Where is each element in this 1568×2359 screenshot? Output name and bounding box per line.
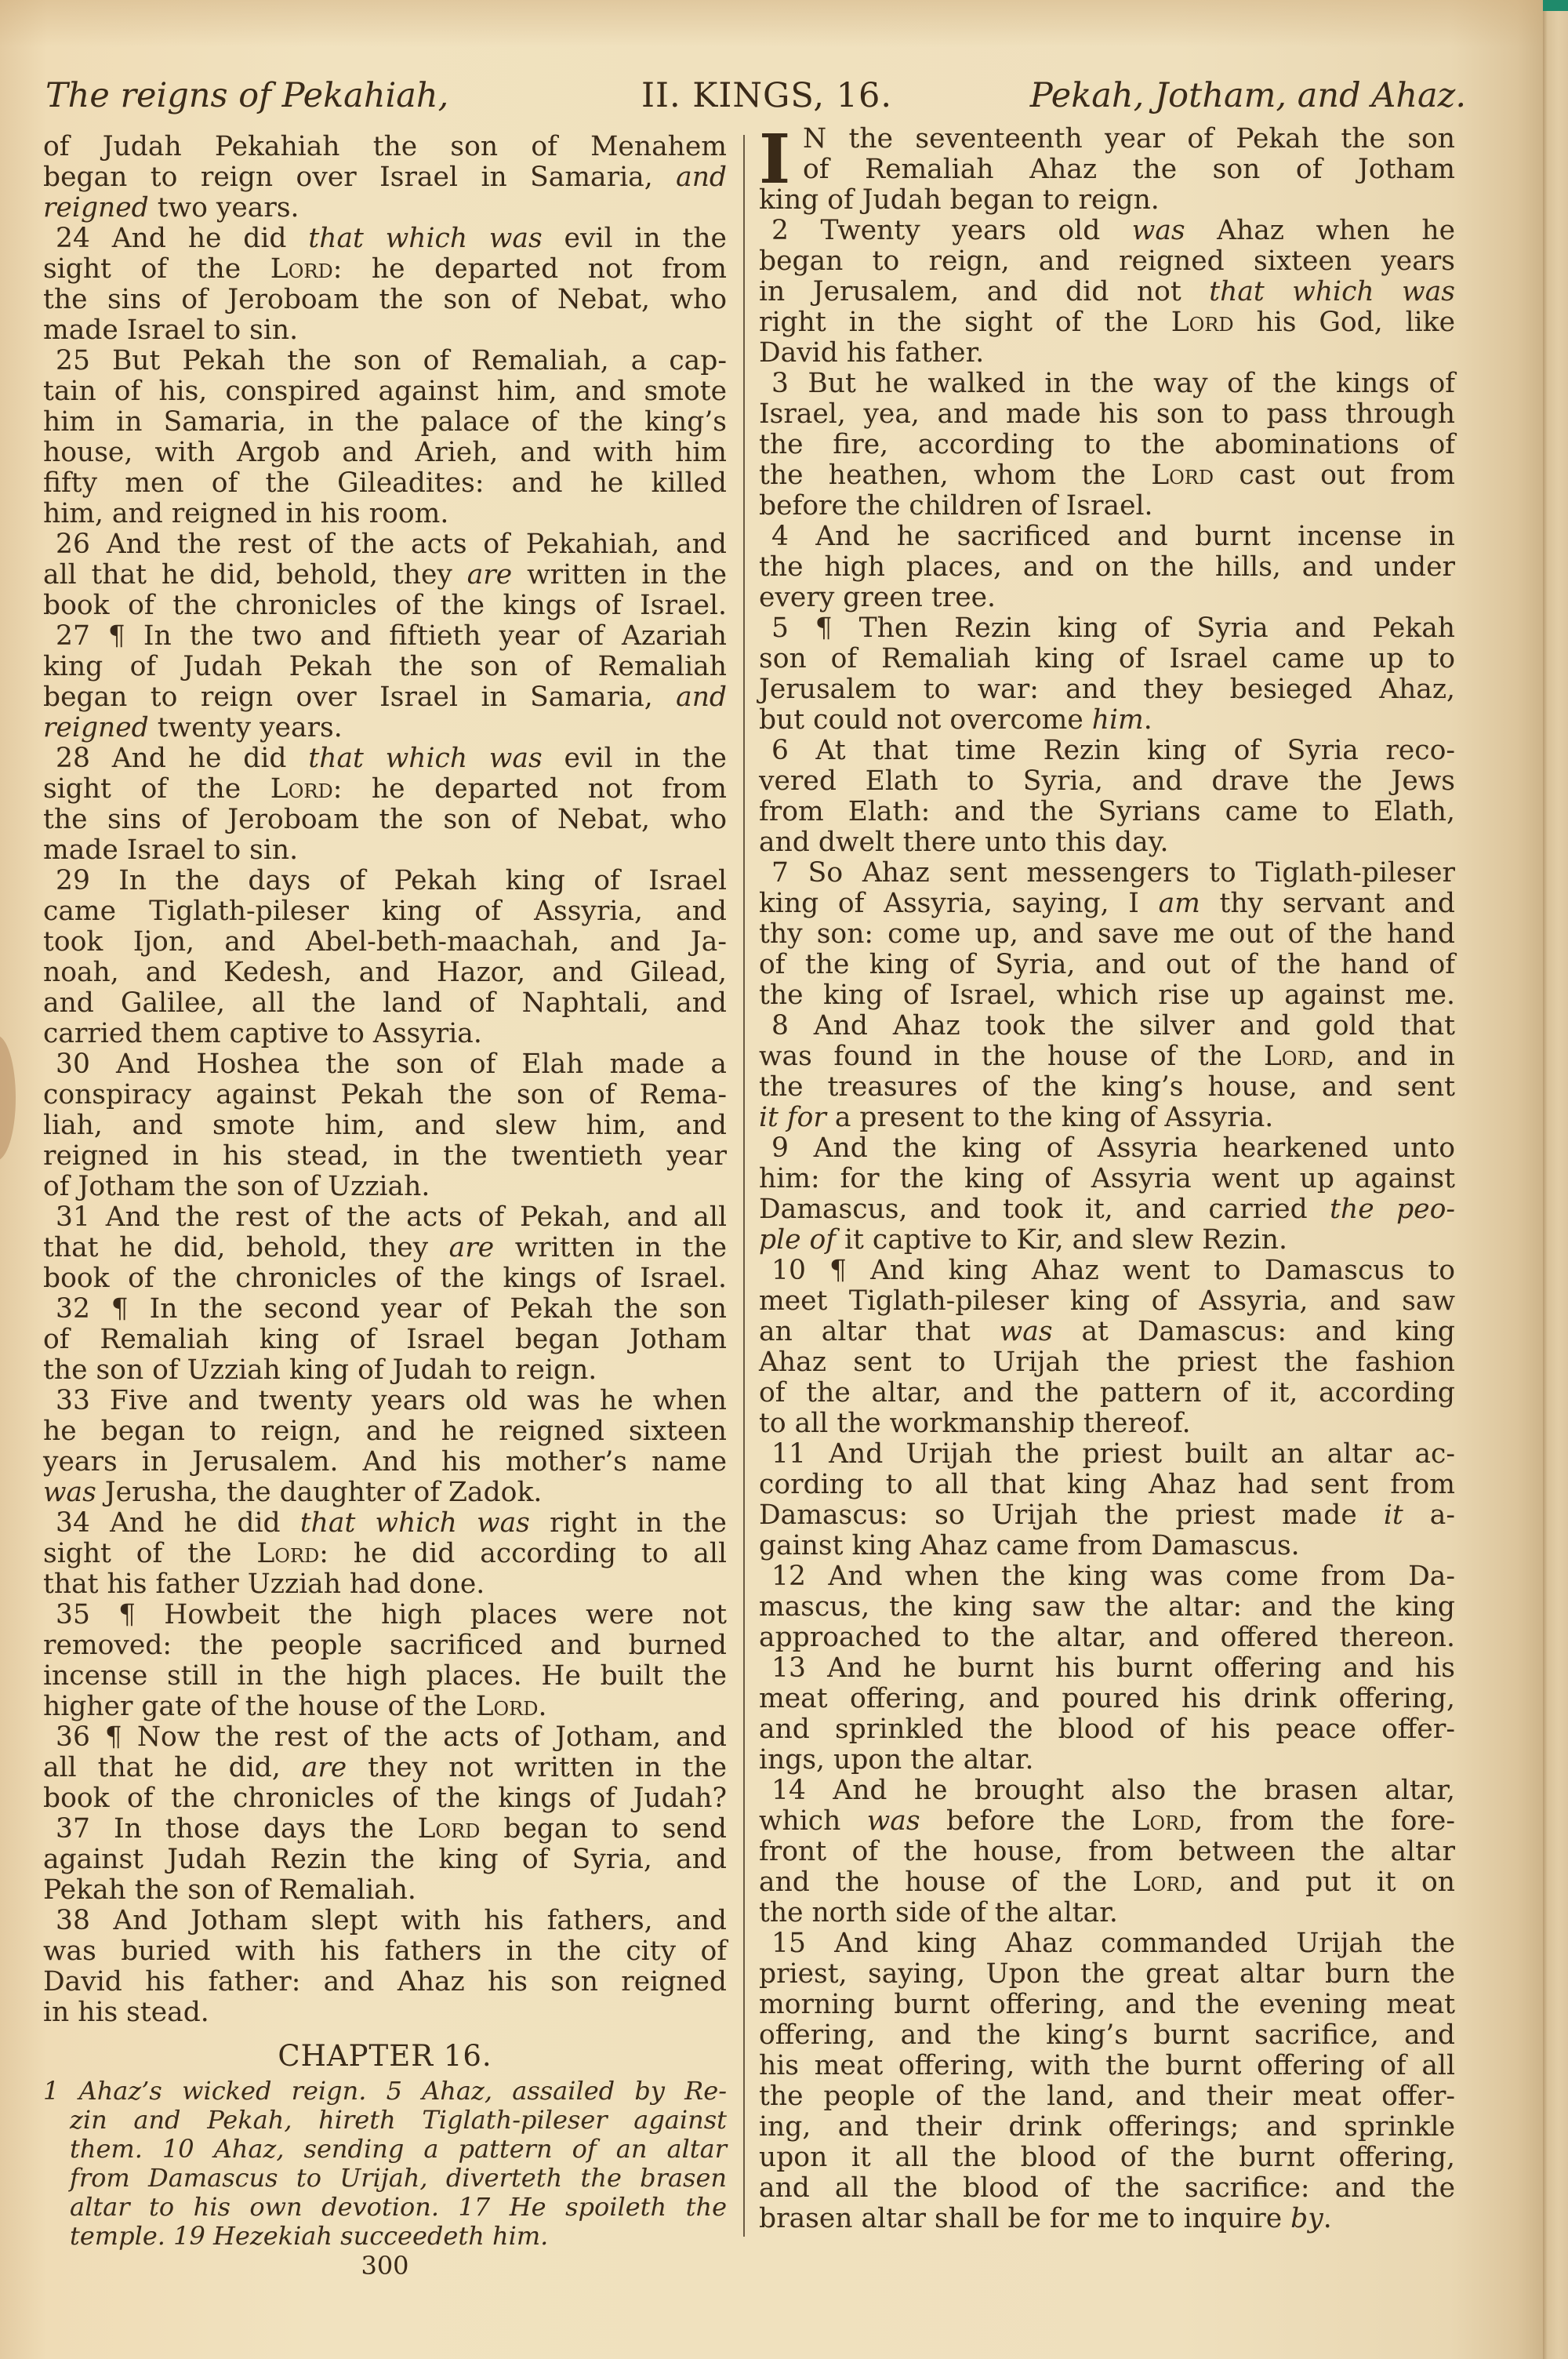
left-column: of Judah Pekahiah the son of Menahembega…: [43, 132, 727, 2279]
text-line: the fire, according to the abominations …: [759, 430, 1455, 460]
text-line: him, and reigned in his room.: [43, 499, 727, 529]
running-head-book-chapter: II. KINGS, 16.: [641, 72, 892, 119]
text-line: tain of his, conspired against him, and …: [43, 376, 727, 407]
right-column: I N the seventeenth year of Pekah the so…: [759, 124, 1455, 2234]
text-line: morning burnt offering, and the evening …: [759, 1990, 1455, 2020]
text-line: and Galilee, all the land of Naphtali, a…: [43, 988, 727, 1019]
text-line: all that he did, are they not written in…: [43, 1753, 727, 1783]
italic-supplied-word: that which was: [300, 1507, 530, 1539]
ribbon-marker: [1543, 0, 1568, 11]
text-line: and dwelt there unto this day.: [759, 827, 1455, 858]
text-line: ple of it captive to Kir, and slew Rezin…: [759, 1225, 1455, 1256]
column-divider: [743, 135, 745, 2237]
text-line: Israel, yea, and made his son to pass th…: [759, 399, 1455, 430]
text-line: cording to all that king Ahaz had sent f…: [759, 1470, 1455, 1500]
text-line: reigned two years.: [43, 193, 727, 224]
small-caps-word: Lord: [417, 1813, 480, 1845]
text-line: conspiracy against Pekah the son of Rema…: [43, 1080, 727, 1110]
text-line: 14 And he brought also the brasen altar,: [759, 1776, 1455, 1806]
text-line: house, with Argob and Arieh, and with hi…: [43, 438, 727, 468]
text-line: 27 ¶ In the two and fiftieth year of Aza…: [43, 621, 727, 652]
text-line: of the king of Syria, and out of the han…: [759, 950, 1455, 980]
text-line: which was before the Lord, from the fore…: [759, 1806, 1455, 1837]
text-line: began to reign, and reigned sixteen year…: [759, 246, 1455, 277]
text-line: came Tiglath-pileser king of Assyria, an…: [43, 896, 727, 927]
text-line: the king of Israel, which rise up agains…: [759, 980, 1455, 1011]
italic-supplied-word: and: [676, 682, 727, 713]
text-line: meet Tiglath-pileser king of Assyria, an…: [759, 1286, 1455, 1317]
text-line: priest, saying, Upon the great altar bur…: [759, 1959, 1455, 1990]
text-line: noah, and Kedesh, and Hazor, and Gilead,: [43, 958, 727, 988]
text-line: son of Remaliah king of Israel came up t…: [759, 644, 1455, 674]
text-line: 24 And he did that which was evil in the: [43, 224, 727, 254]
text-line: ing, and their drink offerings; and spri…: [759, 2112, 1455, 2143]
text-line: but could not overcome him.: [759, 705, 1455, 736]
text-line: took Ijon, and Abel-beth-maachah, and Ja…: [43, 927, 727, 958]
text-line: vered Elath to Syria, and drave the Jews: [759, 766, 1455, 797]
chapter-heading: CHAPTER 16.: [43, 2039, 727, 2074]
italic-supplied-word: that which was: [308, 743, 542, 774]
text-line: of Jotham the son of Uzziah.: [43, 1172, 727, 1202]
text-line: sight of the Lord: he departed not from: [43, 254, 727, 285]
italic-supplied-word: ple of: [759, 1224, 836, 1256]
text-line: reigned in his stead, in the twentieth y…: [43, 1141, 727, 1172]
text-line: his meat offering, with the burnt offeri…: [759, 2051, 1455, 2081]
text-line: of Remaliah Ahaz the son of Jotham: [803, 154, 1455, 185]
text-line: and sprinkled the blood of his peace off…: [759, 1714, 1455, 1745]
text-line: gainst king Ahaz came from Damascus.: [759, 1531, 1455, 1561]
text-line: 33 Five and twenty years old was he when: [43, 1386, 727, 1416]
text-line: to all the workmanship thereof.: [759, 1408, 1455, 1439]
text-line: approached to the altar, and offered the…: [759, 1623, 1455, 1653]
text-line: 38 And Jotham slept with his fathers, an…: [43, 1906, 727, 1936]
text-line: Damascus, and took it, and carried the p…: [759, 1194, 1455, 1225]
small-caps-word: Lord: [1131, 1805, 1194, 1837]
text-line: Ahaz sent to Urijah the priest the fashi…: [759, 1347, 1455, 1378]
text-line: him: for the king of Assyria went up aga…: [759, 1164, 1455, 1194]
text-line: 5 ¶ Then Rezin king of Syria and Pekah: [759, 613, 1455, 644]
text-line: incense still in the high places. He bui…: [43, 1661, 727, 1692]
text-line: book of the chronicles of the kings of I…: [43, 591, 727, 621]
text-line: 35 ¶ Howbeit the high places were not: [43, 1600, 727, 1630]
book-page: The reigns of Pekahiah, II. KINGS, 16. P…: [0, 0, 1543, 2359]
text-line: 9 And the king of Assyria hearkened unto: [759, 1133, 1455, 1164]
text-line: the people of the land, and their meat o…: [759, 2081, 1455, 2112]
small-caps-word: Lord: [1264, 1041, 1327, 1072]
text-line: 36 ¶ Now the rest of the acts of Jotham,…: [43, 1722, 727, 1753]
italic-supplied-word: it for: [759, 1102, 826, 1133]
italic-supplied-word: it: [1384, 1499, 1403, 1531]
small-caps-word: Lord: [270, 253, 333, 285]
text-line: the sins of Jeroboam the son of Nebat, w…: [43, 805, 727, 835]
text-line: 3 But he walked in the way of the kings …: [759, 369, 1455, 399]
text-line: began to reign over Israel in Samaria, a…: [43, 682, 727, 713]
text-line: removed: the people sacrificed and burne…: [43, 1630, 727, 1661]
text-line: sight of the Lord: he departed not from: [43, 774, 727, 805]
text-line: right in the sight of the Lord his God, …: [759, 307, 1455, 338]
text-line: in Jerusalem, and did not that which was: [759, 277, 1455, 307]
text-line: the heathen, whom the Lord cast out from: [759, 460, 1455, 491]
text-line: 11 And Urijah the priest built an altar …: [759, 1439, 1455, 1470]
text-line: 12 And when the king was come from Da-: [759, 1561, 1455, 1592]
running-head: The reigns of Pekahiah, II. KINGS, 16. P…: [45, 72, 1466, 119]
small-caps-word: Lord: [1171, 307, 1234, 338]
text-line: liah, and smote him, and slew him, and: [43, 1110, 727, 1141]
text-line: of the altar, and the pattern of it, acc…: [759, 1378, 1455, 1408]
text-line: king of Assyria, saying, I am thy servan…: [759, 889, 1455, 919]
italic-supplied-word: by: [1290, 2203, 1323, 2234]
text-line: front of the house, from between the alt…: [759, 1837, 1455, 1867]
italic-supplied-word: are: [449, 1232, 494, 1263]
text-line: them. 10 Ahaz, sending a pattern of an a…: [43, 2135, 727, 2164]
text-line: sight of the Lord: he did according to a…: [43, 1539, 727, 1569]
text-line: Pekah the son of Remaliah.: [43, 1875, 727, 1906]
text-line: reigned twenty years.: [43, 713, 727, 743]
text-line: it for a present to the king of Assyria.: [759, 1103, 1455, 1133]
text-line: 28 And he did that which was evil in the: [43, 743, 727, 774]
text-line: and all the blood of the sacrifice: and …: [759, 2173, 1455, 2204]
text-line: of Judah Pekahiah the son of Menahem: [43, 132, 727, 162]
text-line: higher gate of the house of the Lord.: [43, 1692, 727, 1722]
text-line: against Judah Rezin the king of Syria, a…: [43, 1845, 727, 1875]
chapter-summary: 1 Ahaz’s wicked reign. 5 Ahaz, assailed …: [43, 2077, 727, 2251]
text-line: 30 And Hoshea the son of Elah made a: [43, 1049, 727, 1080]
italic-supplied-word: reigned: [43, 712, 149, 743]
text-line: in his stead.: [43, 1997, 727, 2028]
text-line: 26 And the rest of the acts of Pekahiah,…: [43, 529, 727, 560]
text-line: began to reign over Israel in Samaria, a…: [43, 162, 727, 193]
text-line: made Israel to sin.: [43, 315, 727, 346]
text-line: of Remaliah king of Israel began Jotham: [43, 1325, 727, 1355]
text-line: all that he did, behold, they are writte…: [43, 560, 727, 591]
italic-supplied-word: that which was: [308, 223, 542, 254]
text-line: an altar that was at Damascus: and king: [759, 1317, 1455, 1347]
text-line: book of the chronicles of the kings of I…: [43, 1263, 727, 1294]
text-line: and the house of the Lord, and put it on: [759, 1867, 1455, 1898]
italic-supplied-word: are: [302, 1752, 347, 1783]
italic-supplied-word: was: [1000, 1316, 1053, 1347]
italic-supplied-word: was: [867, 1805, 920, 1837]
text-line: temple. 19 Hezekiah succeedeth him.: [43, 2222, 727, 2251]
text-line: 25 But Pekah the son of Remaliah, a cap-: [43, 346, 727, 376]
text-line: years in Jerusalem. And his mother’s nam…: [43, 1447, 727, 1478]
text-line: mascus, the king saw the altar: and the …: [759, 1592, 1455, 1623]
text-line: Jerusalem to war: and they besieged Ahaz…: [759, 674, 1455, 705]
text-line: offering, and the king’s burnt sacrifice…: [759, 2020, 1455, 2051]
small-caps-word: Lord: [256, 1538, 319, 1569]
text-line: David his father: and Ahaz his son reign…: [43, 1967, 727, 1997]
text-line: was buried with his fathers in the city …: [43, 1936, 727, 1967]
text-line: brasen altar shall be for me to inquire …: [759, 2204, 1455, 2234]
italic-supplied-word: that which was: [1209, 276, 1455, 307]
text-line: 10 ¶ And king Ahaz went to Damascus to: [759, 1256, 1455, 1286]
text-line: the high places, and on the hills, and u…: [759, 552, 1455, 583]
text-line: 2 Twenty years old was Ahaz when he: [759, 216, 1455, 246]
text-line: 32 ¶ In the second year of Pekah the son: [43, 1294, 727, 1325]
text-line: 34 And he did that which was right in th…: [43, 1508, 727, 1539]
text-line: book of the chronicles of the kings of J…: [43, 1783, 727, 1814]
text-line: 31 And the rest of the acts of Pekah, an…: [43, 1202, 727, 1233]
text-line: thy son: come up, and save me out of the…: [759, 919, 1455, 950]
right-column-text: king of Judah began to reign.2 Twenty ye…: [759, 185, 1455, 2234]
text-line: was found in the house of the Lord, and …: [759, 1041, 1455, 1072]
text-line: the son of Uzziah king of Judah to reign…: [43, 1355, 727, 1386]
text-line: ings, upon the altar.: [759, 1745, 1455, 1776]
text-line: zin and Pekah, hireth Tiglath-pileser ag…: [43, 2106, 727, 2135]
italic-supplied-word: was: [1132, 215, 1185, 246]
text-line: David his father.: [759, 338, 1455, 369]
binding-shadow: [0, 1035, 16, 1161]
text-line: upon it all the blood of the burnt offer…: [759, 2143, 1455, 2173]
text-line: king of Judah Pekah the son of Remaliah: [43, 652, 727, 682]
small-caps-word: Lord: [476, 1691, 539, 1722]
left-column-text: of Judah Pekahiah the son of Menahembega…: [43, 132, 727, 2028]
drop-cap: I: [759, 129, 790, 191]
page-edge: [1543, 0, 1568, 2359]
italic-supplied-word: him: [1092, 704, 1144, 736]
text-line: 37 In those days the Lord began to send: [43, 1814, 727, 1845]
small-caps-word: Lord: [1151, 460, 1214, 491]
small-caps-word: Lord: [270, 773, 333, 805]
text-line: that his father Uzziah had done.: [43, 1569, 727, 1600]
text-line: king of Judah began to reign.: [759, 185, 1455, 216]
italic-supplied-word: reigned: [43, 192, 149, 224]
text-line: made Israel to sin.: [43, 835, 727, 866]
text-line: that he did, behold, they are written in…: [43, 1233, 727, 1263]
text-line: fifty men of the Gileadites: and he kill…: [43, 468, 727, 499]
running-head-right: Pekah, Jotham, and Ahaz.: [1030, 72, 1466, 119]
small-caps-word: Lord: [1133, 1866, 1196, 1898]
text-line: 6 At that time Rezin king of Syria reco-: [759, 736, 1455, 766]
text-line: 1 Ahaz’s wicked reign. 5 Ahaz, assailed …: [43, 2077, 727, 2106]
text-line: from Elath: and the Syrians came to Elat…: [759, 797, 1455, 827]
text-line: the sins of Jeroboam the son of Nebat, w…: [43, 285, 727, 315]
italic-supplied-word: are: [467, 559, 512, 591]
text-line: 29 In the days of Pekah king of Israel: [43, 866, 727, 896]
italic-supplied-word: am: [1159, 888, 1200, 919]
page-number: 300: [43, 2252, 727, 2279]
text-line: he began to reign, and he reigned sixtee…: [43, 1416, 727, 1447]
text-line: 7 So Ahaz sent messengers to Tiglath-pil…: [759, 858, 1455, 889]
text-line: from Damascus to Urijah, diverteth the b…: [43, 2164, 727, 2193]
text-line: 15 And king Ahaz commanded Urijah the: [759, 1928, 1455, 1959]
opening-lines: N the seventeenth year of Pekah the sono…: [759, 124, 1455, 185]
italic-supplied-word: and: [676, 162, 727, 193]
italic-supplied-word: was: [43, 1477, 96, 1508]
text-line: 4 And he sacrificed and burnt incense in: [759, 522, 1455, 552]
text-line: 13 And he burnt his burnt offering and h…: [759, 1653, 1455, 1684]
text-line: every green tree.: [759, 583, 1455, 613]
chapter-opening: I N the seventeenth year of Pekah the so…: [759, 124, 1455, 185]
text-line: 8 And Ahaz took the silver and gold that: [759, 1011, 1455, 1041]
text-line: N the seventeenth year of Pekah the son: [803, 124, 1455, 154]
text-line: the north side of the altar.: [759, 1898, 1455, 1928]
text-line: the treasures of the king’s house, and s…: [759, 1072, 1455, 1103]
text-line: meat offering, and poured his drink offe…: [759, 1684, 1455, 1714]
text-line: before the children of Israel.: [759, 491, 1455, 522]
text-line: Damascus: so Urijah the priest made it a…: [759, 1500, 1455, 1531]
running-head-left: The reigns of Pekahiah,: [45, 72, 448, 119]
text-line: altar to his own devotion. 17 He spoilet…: [43, 2193, 727, 2222]
text-line: him in Samaria, in the palace of the kin…: [43, 407, 727, 438]
text-line: carried them captive to Assyria.: [43, 1019, 727, 1049]
text-line: was Jerusha, the daughter of Zadok.: [43, 1478, 727, 1508]
italic-supplied-word: the peo-: [1330, 1194, 1455, 1225]
